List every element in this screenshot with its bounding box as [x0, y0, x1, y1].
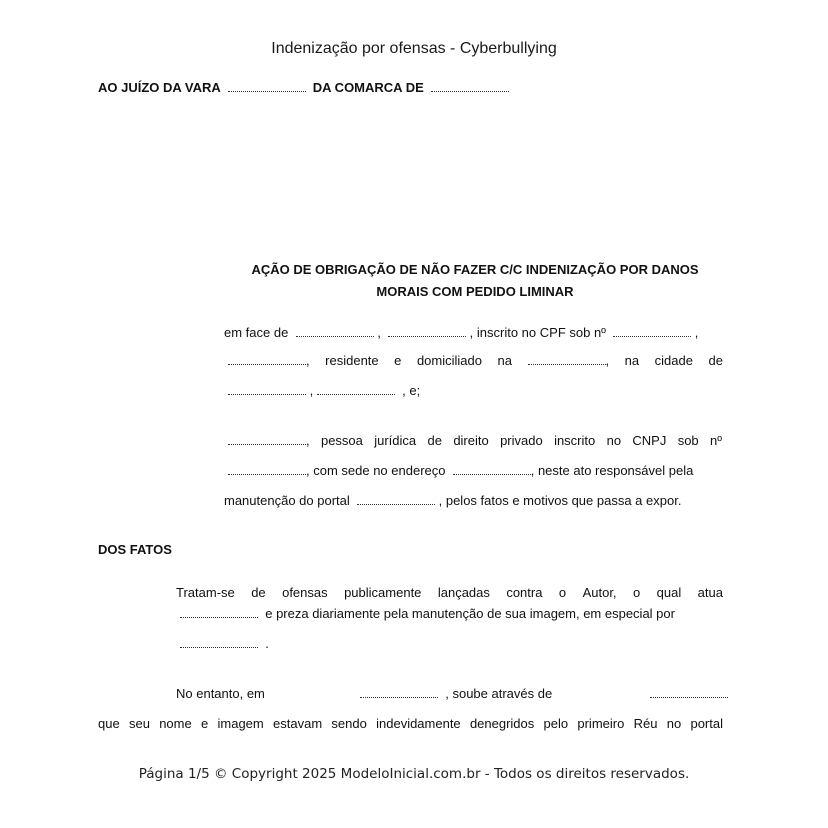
- word: privado: [500, 433, 543, 448]
- word: jurídica: [374, 433, 416, 448]
- text: na: [498, 353, 512, 368]
- text-group: ,: [528, 353, 610, 368]
- text: residente: [325, 353, 378, 368]
- word: ofensas: [282, 585, 328, 600]
- facts-p1-line-3: .: [180, 636, 269, 651]
- text-group: ,: [228, 353, 310, 368]
- blank-field: [228, 434, 306, 445]
- blank-field-comarca: [431, 81, 509, 92]
- action-title-line-1: AÇÃO DE OBRIGAÇÃO DE NÃO FAZER C/C INDEN…: [220, 259, 730, 281]
- text: ,: [606, 353, 610, 368]
- word: sob: [678, 433, 699, 448]
- text: , pelos fatos e motivos que passa a expo…: [439, 493, 682, 508]
- facts-p1-line-2: e preza diariamente pela manutenção de s…: [180, 606, 675, 621]
- blank-field: [650, 687, 728, 698]
- facts-p2-line-1a: No entanto, em: [176, 686, 265, 701]
- word: atua: [698, 585, 723, 600]
- section-heading-dos-fatos: DOS FATOS: [98, 542, 172, 557]
- text: ,: [310, 383, 314, 398]
- text: , inscrito no CPF sob nº: [470, 325, 606, 340]
- text: em face de: [224, 325, 288, 340]
- facts-p1-line-1: Tratam-sedeofensaspublicamentelançadasco…: [176, 585, 723, 600]
- word: lançadas: [438, 585, 490, 600]
- text: , com sede no endereço: [306, 463, 445, 478]
- text: e: [394, 353, 401, 368]
- word: Autor,: [583, 585, 617, 600]
- text: .: [265, 636, 269, 651]
- word: e: [201, 716, 208, 731]
- word: nome: [159, 716, 192, 731]
- text: ,: [695, 325, 699, 340]
- party1-line-2: , residente e domiciliado na , na cidade…: [228, 353, 723, 368]
- word: contra: [506, 585, 542, 600]
- address-prefix: AO JUÍZO DA VARA: [98, 80, 220, 95]
- court-address: AO JUÍZO DA VARA DA COMARCA DE: [98, 80, 509, 95]
- word: qual: [657, 585, 682, 600]
- action-title-line-2: MORAIS COM PEDIDO LIMINAR: [220, 281, 730, 303]
- word: pessoa: [321, 433, 363, 448]
- word: o: [559, 585, 566, 600]
- blank-field-vara: [228, 81, 306, 92]
- blank-field: [180, 607, 258, 618]
- facts-p2-line-1c: [650, 686, 728, 701]
- text: , neste ato responsável pela: [531, 463, 694, 478]
- facts-p2-line-1b: , soube através de: [360, 686, 552, 701]
- text: cidade: [655, 353, 693, 368]
- party1-line-3: , , e;: [228, 383, 420, 398]
- blank-field: [228, 384, 306, 395]
- blank-field: [228, 354, 306, 365]
- word: primeiro: [577, 716, 624, 731]
- blank-field: [528, 354, 606, 365]
- text: , e;: [402, 383, 420, 398]
- word: de: [251, 585, 265, 600]
- blank-field: [180, 637, 258, 648]
- word: Réu: [634, 716, 658, 731]
- word: o: [633, 585, 640, 600]
- text: domiciliado: [417, 353, 482, 368]
- blank-field: [228, 464, 306, 475]
- word: direito: [453, 433, 488, 448]
- blank-field: [453, 464, 531, 475]
- party2-line-3: manutenção do portal , pelos fatos e mot…: [224, 493, 681, 508]
- text-group: ,: [228, 433, 310, 448]
- word: nº: [710, 433, 722, 448]
- text: , soube através de: [445, 686, 552, 701]
- document-title: Indenização por ofensas - Cyberbullying: [0, 40, 828, 58]
- address-middle: DA COMARCA DE: [313, 80, 424, 95]
- word: seu: [129, 716, 150, 731]
- blank-field: [317, 384, 395, 395]
- blank-field: [613, 326, 691, 337]
- text: de: [709, 353, 723, 368]
- party2-line-1: , pessoajurídicadedireitoprivadoinscrito…: [228, 433, 722, 448]
- text: ,: [306, 433, 310, 448]
- blank-field: [360, 687, 438, 698]
- word: que: [98, 716, 120, 731]
- text: e preza diariamente pela manutenção de s…: [265, 606, 675, 621]
- word: CNPJ: [632, 433, 666, 448]
- blank-field: [388, 326, 466, 337]
- text: ,: [306, 353, 310, 368]
- word: estavam: [273, 716, 322, 731]
- page-footer: Página 1/5 © Copyright 2025 ModeloInicia…: [0, 766, 828, 782]
- word: imagem: [218, 716, 264, 731]
- word: portal: [690, 716, 723, 731]
- word: no: [667, 716, 681, 731]
- party1-line-1: em face de , , inscrito no CPF sob nº ,: [224, 325, 724, 340]
- word: inscrito: [554, 433, 595, 448]
- text: na: [625, 353, 639, 368]
- action-title: AÇÃO DE OBRIGAÇÃO DE NÃO FAZER C/C INDEN…: [220, 259, 730, 303]
- blank-field: [296, 326, 374, 337]
- text: manutenção do portal: [224, 493, 350, 508]
- word: indevidamente: [376, 716, 461, 731]
- word: pelo: [544, 716, 569, 731]
- word: no: [607, 433, 621, 448]
- word: denegridos: [470, 716, 534, 731]
- word: sendo: [331, 716, 366, 731]
- word: Tratam-se: [176, 585, 235, 600]
- blank-field: [357, 494, 435, 505]
- word: de: [428, 433, 442, 448]
- word: publicamente: [344, 585, 421, 600]
- text: ,: [377, 325, 381, 340]
- party2-line-2: , com sede no endereço , neste ato respo…: [228, 463, 693, 478]
- facts-p2-line-2: queseunomeeimagemestavamsendoindevidamen…: [98, 716, 723, 731]
